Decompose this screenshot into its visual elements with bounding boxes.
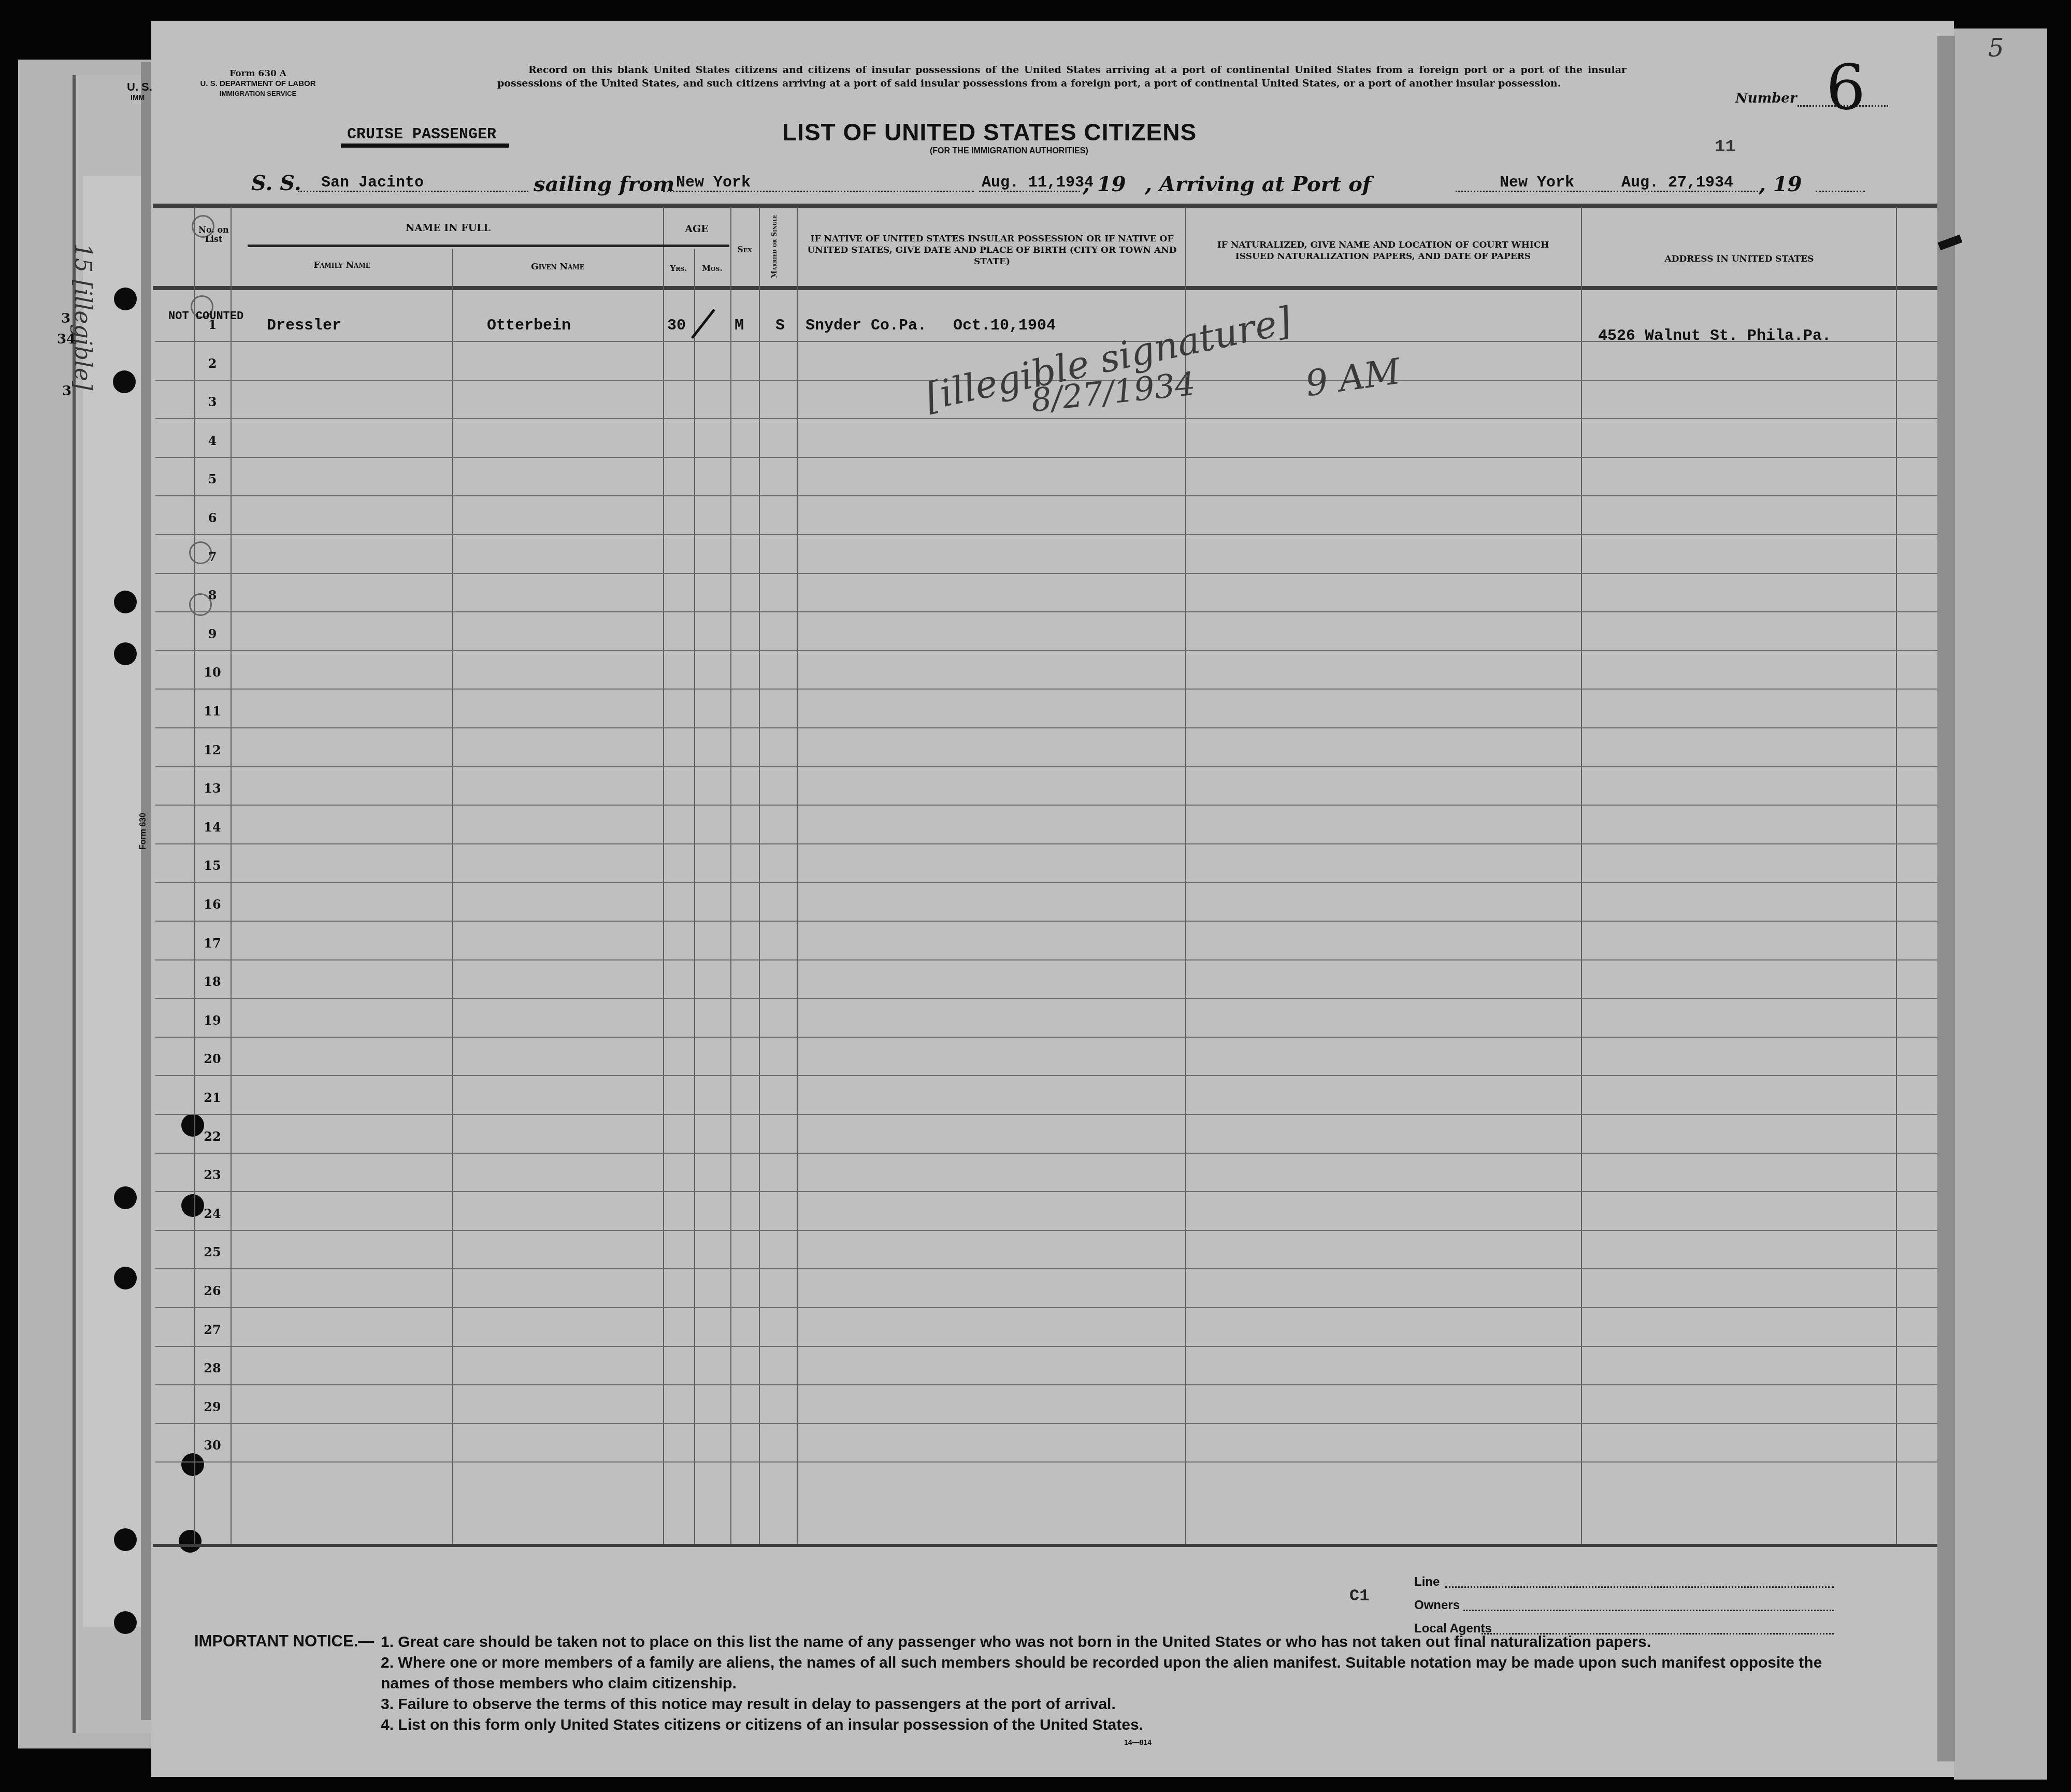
row-rule <box>155 611 1937 612</box>
row-rule <box>155 1423 1937 1424</box>
row-rule <box>155 1191 1937 1192</box>
row-number: 23 <box>194 1167 231 1182</box>
column-rule <box>759 207 760 1544</box>
punch-hole <box>114 642 137 665</box>
year-label-1: , 19 <box>1083 172 1126 196</box>
number-value[interactable]: 6 <box>1826 52 1865 124</box>
form-number: Form 630 A <box>196 69 320 79</box>
row-rule <box>155 1075 1937 1076</box>
header-married-single: Married or Single <box>771 210 779 283</box>
line-label: Line <box>1414 1575 1440 1589</box>
departure-port[interactable]: New York <box>676 174 751 192</box>
margin-handwriting: 15 [illegible] <box>69 243 96 390</box>
punch-hole <box>114 1528 137 1551</box>
page-fold-shadow <box>1937 36 1955 1761</box>
punch-hole <box>114 591 137 613</box>
cruise-passenger-stamp: CRUISE PASSENGER <box>341 126 509 148</box>
year-label-2: , 19 <box>1759 172 1802 196</box>
header-given-name: Given Name <box>452 261 663 273</box>
row-number: 17 <box>194 936 231 951</box>
age-yrs-cell[interactable]: 30 <box>667 317 686 335</box>
ship-name[interactable]: San Jacinto <box>321 174 424 192</box>
row-rule <box>155 1346 1937 1347</box>
row-rule <box>155 457 1937 458</box>
row-rule <box>155 882 1937 883</box>
row-number: 26 <box>194 1283 231 1298</box>
header-mos: Mos. <box>694 262 730 275</box>
row-rule <box>155 1230 1937 1231</box>
form-id-block: Form 630 A U. S. DEPARTMENT OF LABOR IMM… <box>196 69 320 98</box>
column-rule <box>797 207 798 1544</box>
birth-date-cell[interactable]: Oct.10,1904 <box>953 317 1056 335</box>
punch-hole <box>114 1267 137 1289</box>
married-single-cell[interactable]: S <box>775 317 785 335</box>
row-number: 4 <box>194 433 231 448</box>
ss-label: S. S. <box>251 171 301 195</box>
row-number: 11 <box>194 704 231 719</box>
sailing-from-label: sailing from <box>534 172 674 196</box>
row-number: 14 <box>194 820 231 835</box>
header-no-on-list: No. on List <box>197 225 231 244</box>
birth-place-cell[interactable]: Snyder Co.Pa. <box>806 317 927 335</box>
voyage-line: S. S. San Jacinto sailing from New York … <box>194 171 1867 202</box>
row-number: 18 <box>194 974 231 989</box>
row-rule <box>155 1037 1937 1038</box>
row-number: 27 <box>194 1322 231 1337</box>
given-name-cell[interactable]: Otterbein <box>487 317 571 335</box>
vertical-stamp: Form 630 <box>139 813 148 850</box>
notice-item: 1. Great care should be taken not to pla… <box>243 1632 1849 1653</box>
owners-label: Owners <box>1414 1598 1460 1613</box>
row-rule <box>155 727 1937 728</box>
row-number: 10 <box>194 665 231 680</box>
punch-hole <box>114 288 137 310</box>
row-rule <box>155 534 1937 535</box>
page-stamp: 11 <box>1715 137 1736 157</box>
row-rule <box>155 573 1937 574</box>
punch-hole <box>113 370 136 393</box>
header-naturalized: IF NATURALIZED, GIVE NAME AND LOCATION O… <box>1197 239 1570 262</box>
column-rule <box>730 207 731 1544</box>
row-rule <box>155 1268 1937 1269</box>
column-rule <box>452 249 453 1544</box>
row-rule <box>155 805 1937 806</box>
prev-page-service: IMM <box>131 93 145 102</box>
row-number: 19 <box>194 1013 231 1028</box>
notice-item: 4. List on this form only United States … <box>243 1715 1849 1736</box>
notice-item: 2. Where one or more members of a family… <box>243 1653 1849 1694</box>
row-rule <box>155 418 1937 419</box>
row-rule <box>155 843 1937 844</box>
header-family-name: Family Name <box>233 259 451 271</box>
row-rule <box>155 959 1937 960</box>
row-rule <box>155 1114 1937 1115</box>
address-cell[interactable]: 4526 Walnut St. Phila.Pa. <box>1598 327 1831 345</box>
row-number: 7 <box>194 549 231 564</box>
row-rule <box>155 1461 1937 1463</box>
row-number: 8 <box>194 587 231 603</box>
header-sex: Sex <box>730 243 759 256</box>
manifest-sheet <box>151 21 1954 1777</box>
header-address: ADDRESS IN UNITED STATES <box>1583 253 1896 265</box>
header-bottom-rule <box>153 286 1937 290</box>
binding-strip <box>83 176 142 1627</box>
header-name-in-full: NAME IN FULL <box>233 222 663 234</box>
department-label: U. S. DEPARTMENT OF LABOR <box>196 79 320 89</box>
row-number: 6 <box>194 510 231 525</box>
print-code: 14—814 <box>1124 1738 1152 1746</box>
row-number: 22 <box>194 1129 231 1144</box>
row-number: 16 <box>194 897 231 912</box>
arrival-date[interactable]: Aug. 27,1934 <box>1621 174 1733 192</box>
row-number: 25 <box>194 1244 231 1259</box>
punch-hole <box>114 1611 137 1634</box>
row-number: 20 <box>194 1051 231 1066</box>
table-bottom-rule <box>153 1544 1937 1547</box>
column-rule <box>1185 207 1186 1544</box>
year-line <box>1816 191 1865 192</box>
row-number: 30 <box>194 1438 231 1453</box>
row-rule <box>155 1153 1937 1154</box>
sex-cell[interactable]: M <box>735 317 744 335</box>
punch-hole <box>179 1530 202 1553</box>
row-rule <box>155 495 1937 496</box>
row-number: 21 <box>194 1090 231 1105</box>
row-rule <box>155 766 1937 767</box>
row-rule <box>155 1307 1937 1308</box>
page-subtitle: (FOR THE IMMIGRATION AUTHORITIES) <box>930 147 1088 156</box>
row-number: 9 <box>194 626 231 641</box>
row-number: 29 <box>194 1399 231 1414</box>
column-rule <box>231 207 232 1544</box>
column-rule <box>694 249 695 1544</box>
row-rule <box>155 689 1937 690</box>
family-name-cell[interactable]: Dressler <box>267 317 341 335</box>
row-rule <box>155 921 1937 922</box>
departure-date[interactable]: Aug. 11,1934 <box>982 174 1094 192</box>
punch-hole <box>181 1453 204 1476</box>
row-rule <box>155 998 1937 999</box>
notice-list: 1. Great care should be taken not to pla… <box>243 1632 1849 1736</box>
notice-item: 3. Failure to observe the terms of this … <box>243 1694 1849 1715</box>
row-rule <box>155 1384 1937 1385</box>
row-number: 5 <box>194 471 231 486</box>
page-title: LIST OF UNITED STATES CITIZENS <box>782 118 1197 146</box>
arriving-label: , Arriving at Port of <box>1145 172 1371 196</box>
column-rule <box>663 207 664 1544</box>
row-number: 24 <box>194 1206 231 1221</box>
row-number: 2 <box>194 356 231 371</box>
row-number: 28 <box>194 1360 231 1375</box>
table-top-rule <box>153 204 1937 208</box>
header-birth: IF NATIVE OF UNITED STATES INSULAR POSSE… <box>800 233 1184 267</box>
prev-page-header: U. S. <box>127 80 152 94</box>
arrival-port[interactable]: New York <box>1500 174 1574 192</box>
row-number: 12 <box>194 742 231 757</box>
service-label: IMMIGRATION SERVICE <box>196 89 320 98</box>
owners-field[interactable] <box>1463 1610 1834 1611</box>
instructions-paragraph: Record on this blank United States citiz… <box>497 63 1627 90</box>
name-age-divider <box>248 245 729 247</box>
row-number: 15 <box>194 858 231 873</box>
row-number: 13 <box>194 781 231 796</box>
number-label: Number <box>1735 91 1797 106</box>
row-rule <box>155 650 1937 651</box>
header-yrs: Yrs. <box>663 262 694 275</box>
right-margin <box>1954 28 2047 1780</box>
punch-hole <box>114 1186 137 1209</box>
not-counted-annotation: NOT COUNTED <box>168 310 243 323</box>
row-number: 3 <box>194 394 231 409</box>
header-age: AGE <box>663 223 730 235</box>
corner-mark: 5 <box>1988 34 2004 63</box>
column-rule <box>1581 207 1582 1544</box>
sheet-code: C1 <box>1349 1586 1369 1605</box>
line-field[interactable] <box>1445 1586 1834 1588</box>
column-rule <box>1896 207 1897 1544</box>
